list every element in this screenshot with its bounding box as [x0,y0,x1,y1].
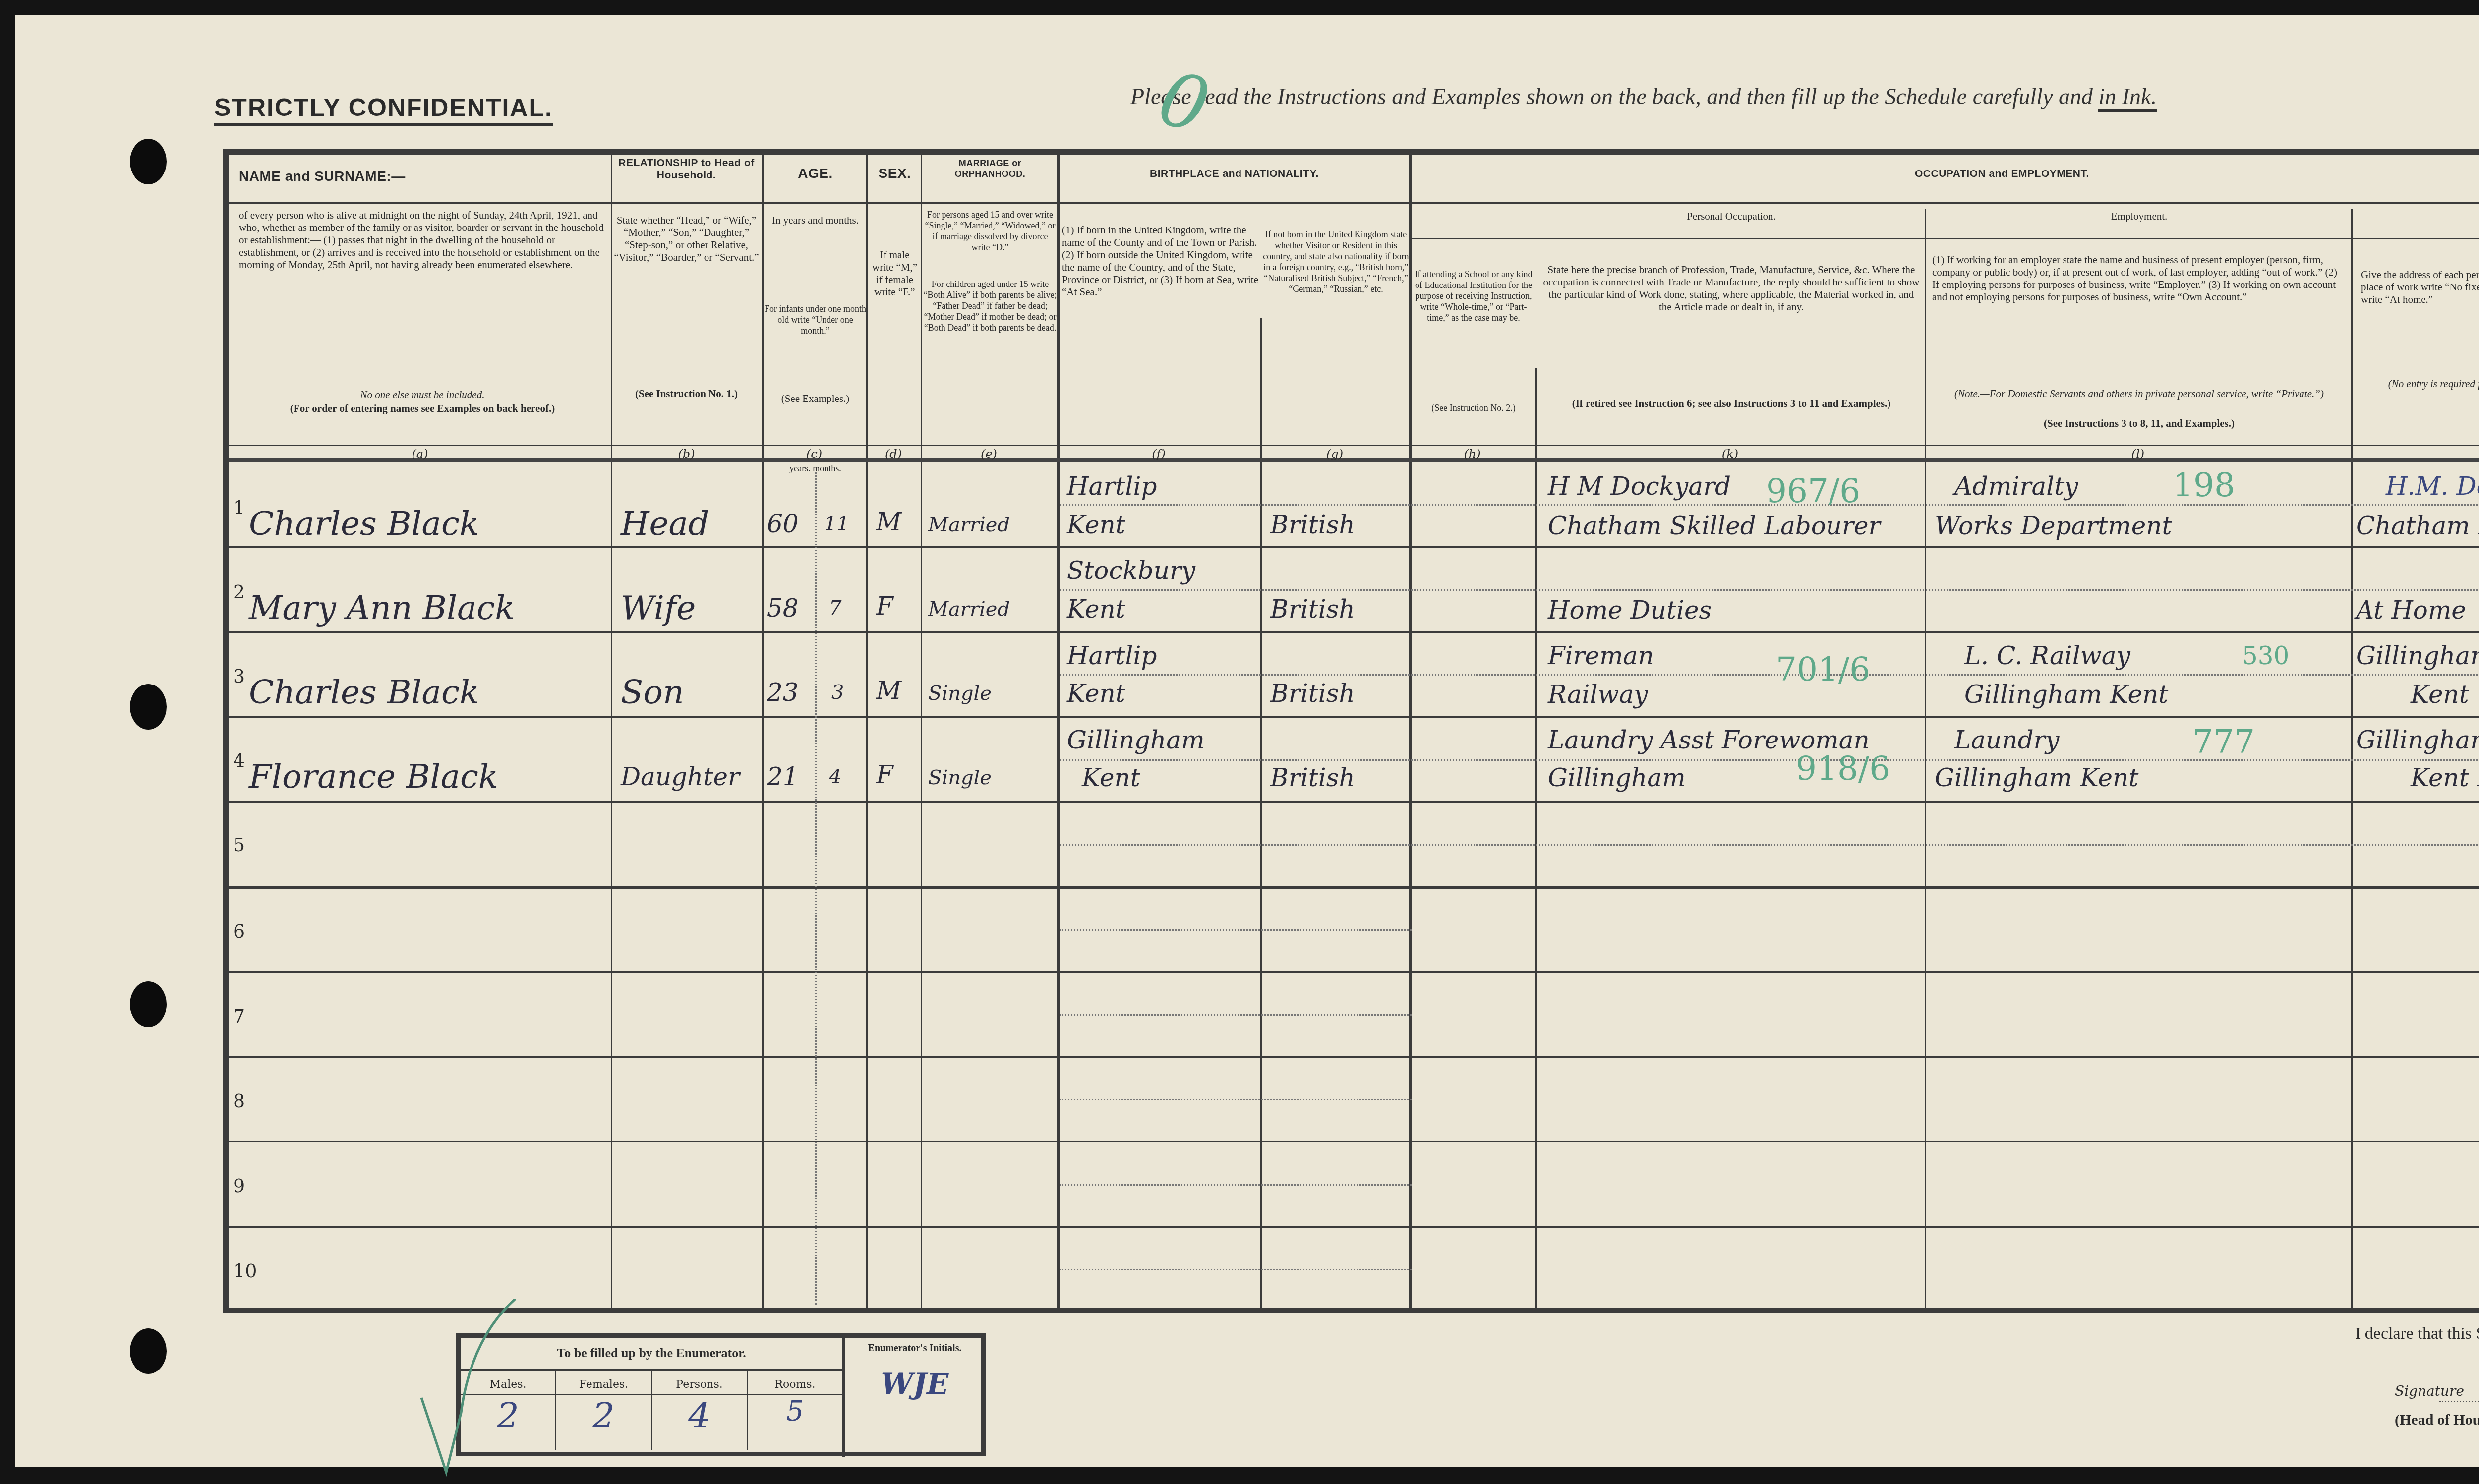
females-count: 2 [556,1395,651,1436]
enumerator-initials: WJE [845,1367,984,1401]
col-e-title: MARRIAGE or ORPHANHOOD. [923,158,1057,179]
rooms-count: 5 [748,1395,842,1427]
punch-hole [130,684,167,730]
declaration-text: I declare that this Schedule is correctl… [2355,1324,2479,1343]
col-occ-title: OCCUPATION and EMPLOYMENT. [1915,168,2411,180]
col-a-title: NAME and SURNAME:— [239,168,606,185]
check-mark-icon [416,1299,516,1477]
enumerator-totals-box: To be filled up by the Enumerator. Enume… [456,1333,986,1456]
col-fg-title: BIRTHPLACE and NATIONALITY. [1060,168,1409,180]
punch-hole [130,139,167,184]
col-d-title: SEX. [869,165,921,182]
signature-line [2439,1401,2479,1402]
col-k-title: Personal Occupation. [1538,210,1925,223]
name-cell: Mary Ann Black [249,589,515,627]
punch-hole [130,1328,167,1374]
col-m-title: Place of Work. [2354,210,2479,223]
confidential-heading: STRICTLY CONFIDENTIAL. [214,93,553,126]
punch-hole [130,981,167,1027]
census-table: NAME and SURNAME:— of every person who i… [223,149,2479,1313]
instructions-line: Please read the Instructions and Example… [1130,83,2157,110]
col-b-title: RELATIONSHIP to Head of Household. [613,157,760,181]
name-cell: Charles Black [249,505,479,543]
col-l-title: Employment. [1927,210,2351,223]
persons-count: 4 [652,1395,747,1436]
col-a-body: of every person who is alive at midnight… [239,209,606,271]
name-cell: Charles Black [249,673,479,711]
name-cell: Florance Black [249,757,498,796]
col-c-title: AGE. [765,165,866,182]
